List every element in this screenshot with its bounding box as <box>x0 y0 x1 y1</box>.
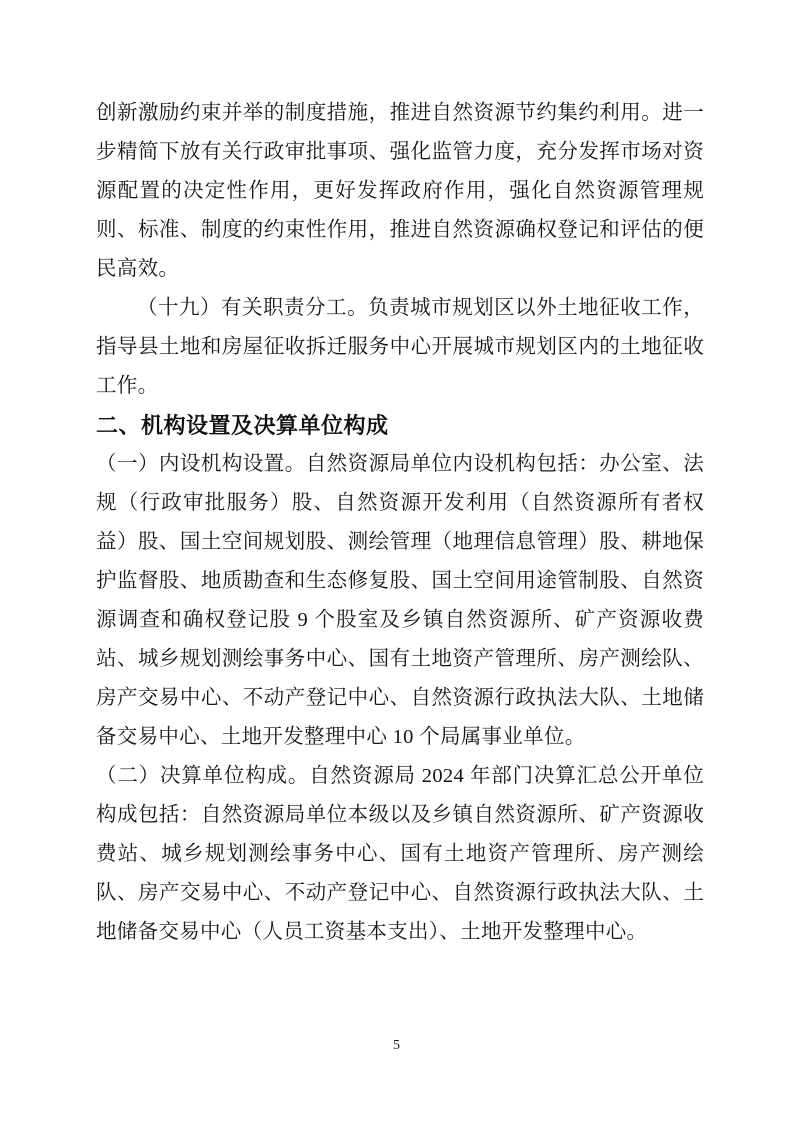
document-body: 创新激励约束并举的制度措施，推进自然资源节约集约利用。进一步精简下放有关行政审批… <box>96 94 704 952</box>
document-page: 创新激励约束并举的制度措施，推进自然资源节约集约利用。进一步精简下放有关行政审批… <box>0 0 793 1122</box>
page-number: 5 <box>0 1037 793 1055</box>
paragraph-unit-composition: （二）决算单位构成。自然资源局 2024 年部门决算汇总公开单位构成包括：自然资… <box>96 757 704 952</box>
section-heading-2: 二、机构设置及决算单位构成 <box>96 406 704 445</box>
paragraph-continuation: 创新激励约束并举的制度措施，推进自然资源节约集约利用。进一步精简下放有关行政审批… <box>96 94 704 289</box>
paragraph-internal-org: （一）内设机构设置。自然资源局单位内设机构包括：办公室、法规（行政审批服务）股、… <box>96 445 704 757</box>
paragraph-item-19: （十九）有关职责分工。负责城市规划区以外土地征收工作，指导县土地和房屋征收拆迁服… <box>96 289 704 406</box>
